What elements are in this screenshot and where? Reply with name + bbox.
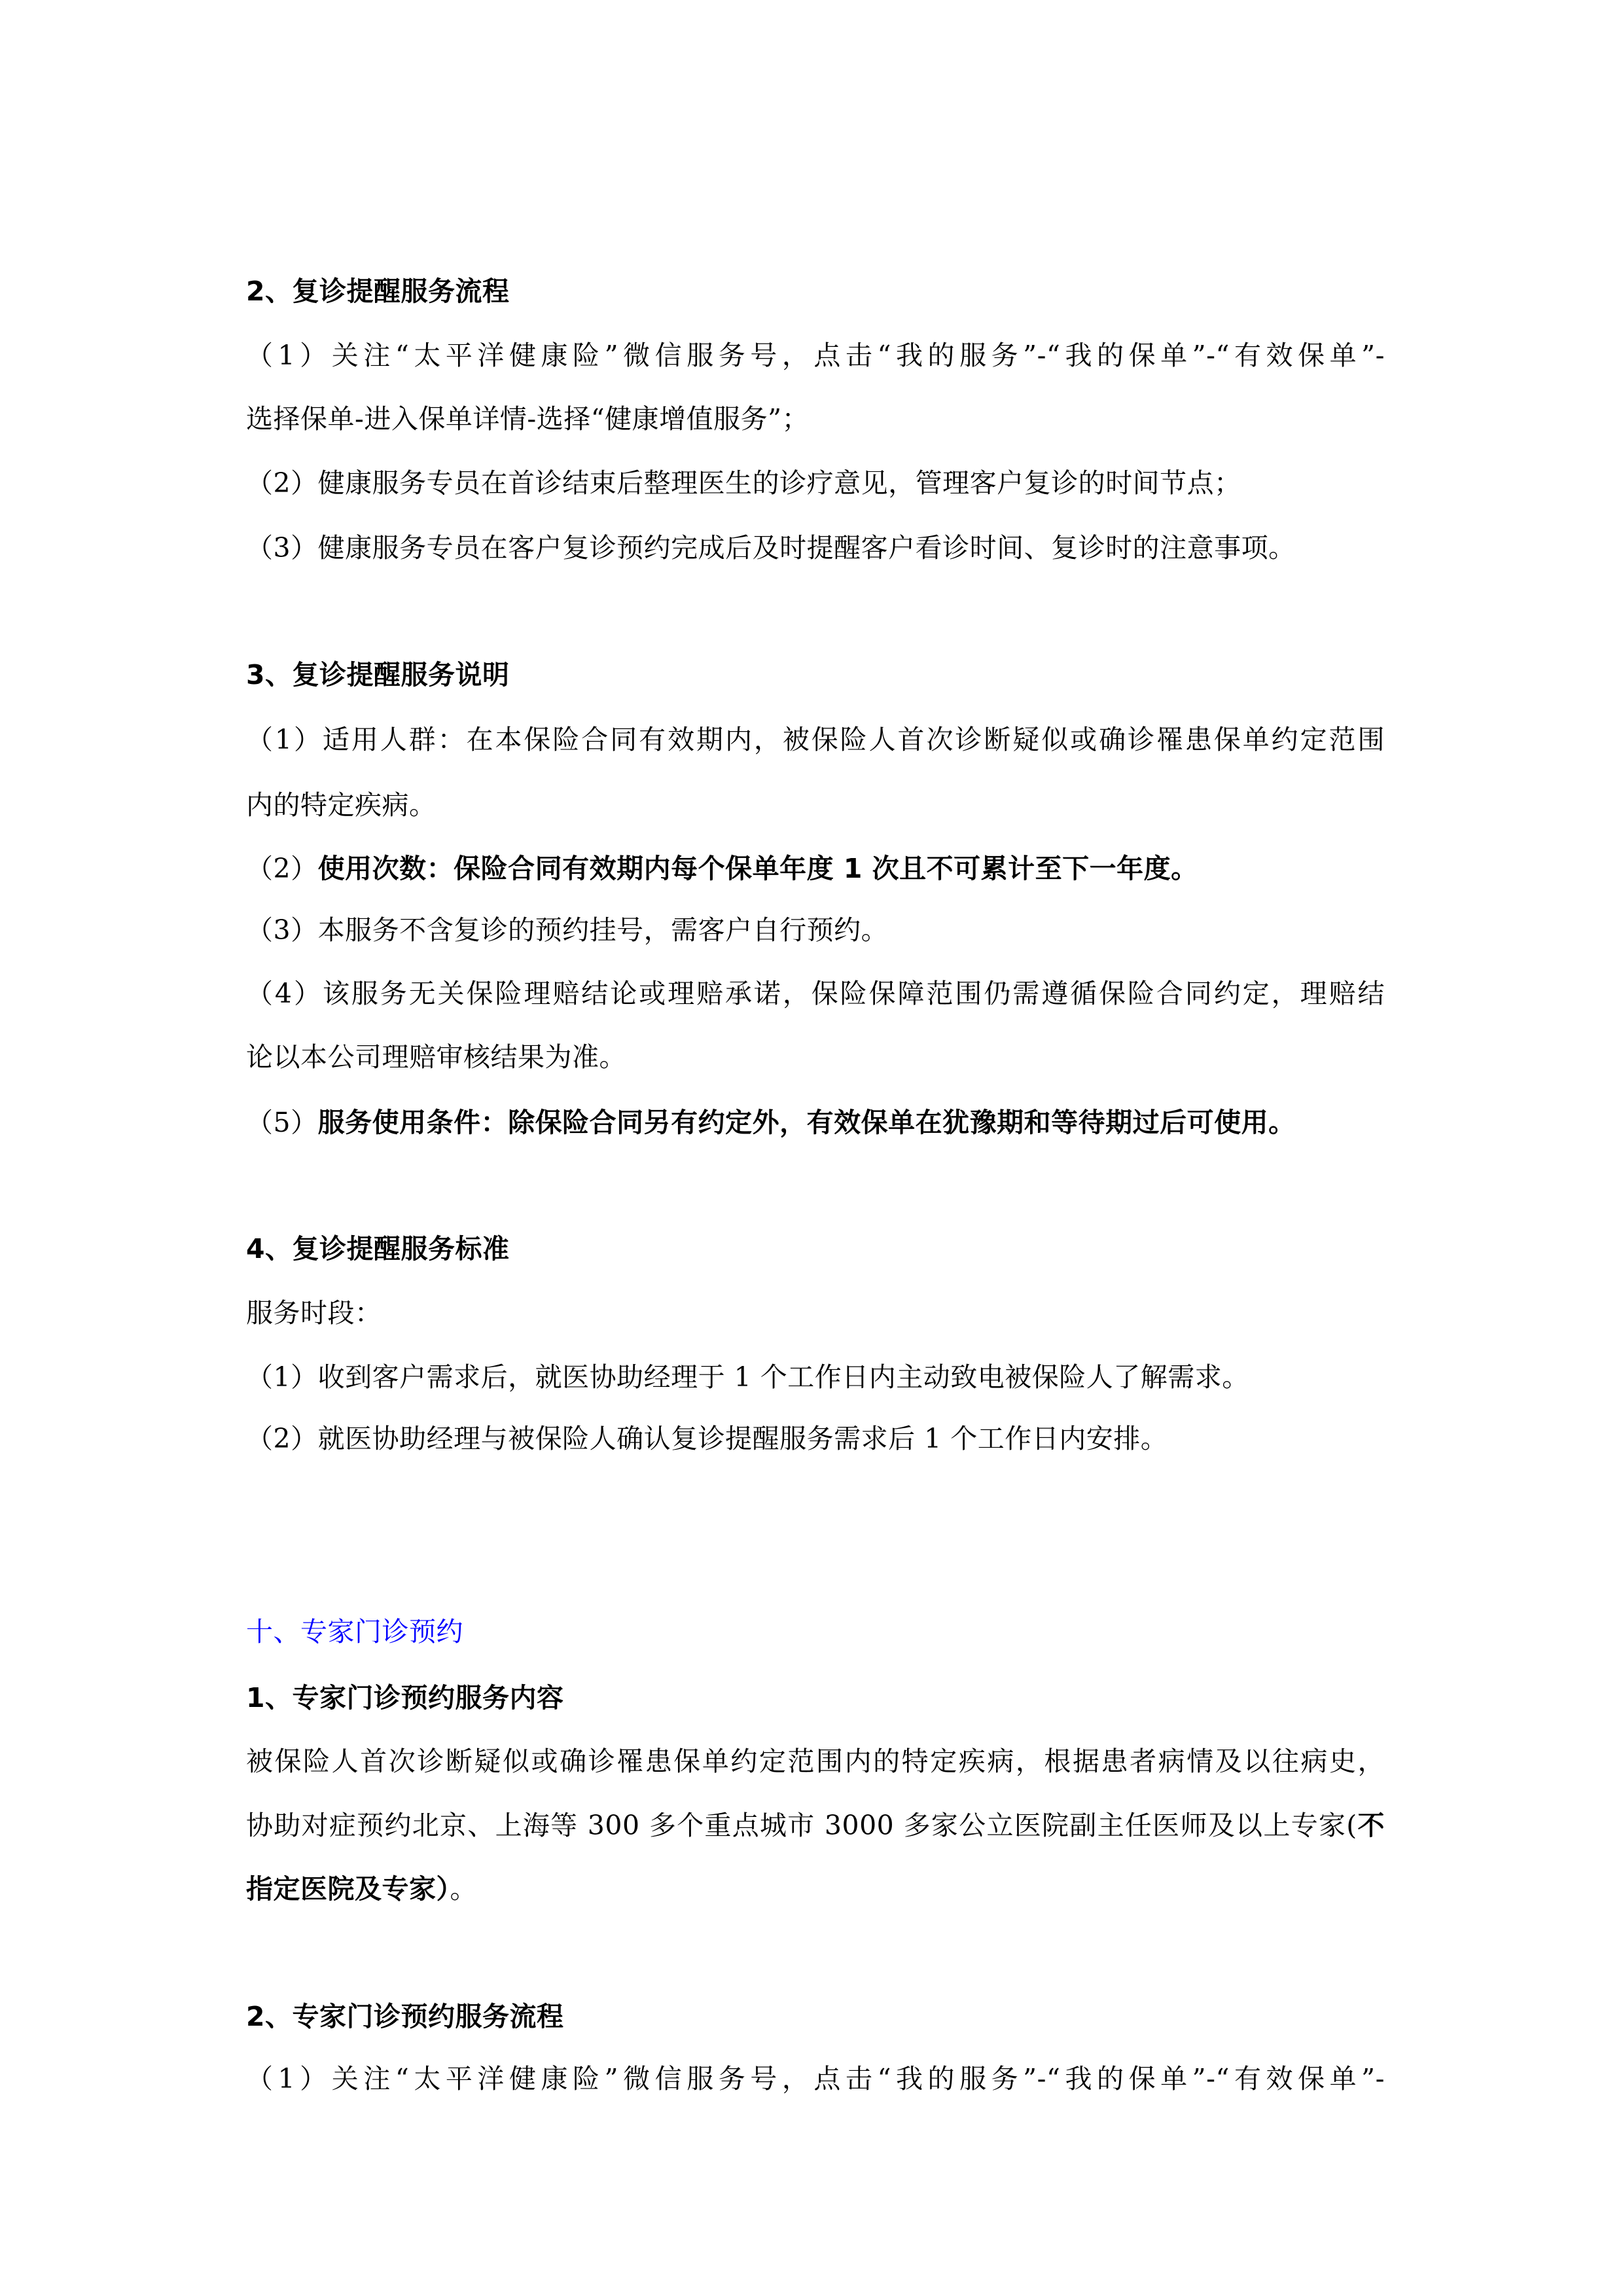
followup-notes-item5-bold-text: 服务使用条件：除保险合同另有约定外，有效保单在犹豫期和等待期过后可使用。 (318, 1107, 1296, 1138)
expert-clinic-content-line2-bold: 不 (1357, 1810, 1385, 1841)
followup-notes-item1-line1: （1）适用人群：在本保险合同有效期内，被保险人首次诊断疑似或确诊罹患保单约定范围 (246, 721, 1385, 758)
followup-process-step3: （3）健康服务专员在客户复诊预约完成后及时提醒客户看诊时间、复诊时的注意事项。 (246, 529, 1385, 566)
expert-clinic-content-line2: 协助对症预约北京、上海等 300 多个重点城市 3000 多家公立医院副主任医师… (246, 1807, 1385, 1844)
followup-process-step2: （2）健康服务专员在首诊结束后整理医生的诊疗意见，管理客户复诊的时间节点； (246, 465, 1385, 501)
expert-clinic-process-step1-line1: （1）关注“太平洋健康险”微信服务号，点击“我的服务”-“我的保单”-“有效保单… (246, 2060, 1385, 2097)
service-period-label: 服务时段： (246, 1295, 1385, 1331)
heading-followup-standard: 4、复诊提醒服务标准 (246, 1230, 1385, 1267)
followup-notes-item5: （5）服务使用条件：除保险合同另有约定外，有效保单在犹豫期和等待期过后可使用。 (246, 1104, 1385, 1141)
heading-expert-clinic-content: 1、专家门诊预约服务内容 (246, 1679, 1385, 1716)
followup-notes-item4-line1: （4）该服务无关保险理赔结论或理赔承诺，保险保障范围仍需遵循保险合同约定，理赔结 (246, 975, 1385, 1012)
expert-clinic-content-line3-end: 。 (450, 1873, 478, 1905)
followup-standard-item2: （2）就医协助经理与被保险人确认复诊提醒服务需求后 1 个工作日内安排。 (246, 1420, 1385, 1457)
section-title-expert-clinic: 十、专家门诊预约 (246, 1613, 1385, 1650)
followup-notes-item5-prefix: （5） (246, 1107, 318, 1138)
expert-clinic-content-line1: 被保险人首次诊断疑似或确诊罹患保单约定范围内的特定疾病，根据患者病情及以往病史， (246, 1743, 1385, 1780)
expert-clinic-content-line3: 指定医院及专家）。 (246, 1871, 1385, 1907)
followup-notes-item2-prefix: （2） (246, 853, 318, 884)
heading-followup-process: 2、复诊提醒服务流程 (246, 273, 1385, 310)
followup-notes-item2-bold-text: 使用次数：保险合同有效期内每个保单年度 1 次且不可累计至下一年度。 (318, 853, 1198, 884)
expert-clinic-content-line2-regular: 协助对症预约北京、上海等 300 多个重点城市 3000 多家公立医院副主任医师… (246, 1810, 1357, 1841)
followup-notes-item2: （2）使用次数：保险合同有效期内每个保单年度 1 次且不可累计至下一年度。 (246, 850, 1385, 887)
heading-expert-clinic-process: 2、专家门诊预约服务流程 (246, 1998, 1385, 2035)
heading-followup-notes: 3、复诊提醒服务说明 (246, 656, 1385, 693)
followup-process-step1-line1: （1）关注“太平洋健康险”微信服务号，点击“我的服务”-“我的保单”-“有效保单… (246, 337, 1385, 374)
followup-standard-item1: （1）收到客户需求后，就医协助经理于 1 个工作日内主动致电被保险人了解需求。 (246, 1359, 1385, 1395)
followup-process-step1-line2: 选择保单-进入保单详情-选择“健康增值服务”； (246, 401, 1385, 437)
document-page: 2、复诊提醒服务流程 （1）关注“太平洋健康险”微信服务号，点击“我的服务”-“… (0, 0, 1623, 2296)
followup-notes-item1-line2: 内的特定疾病。 (246, 787, 1385, 823)
followup-notes-item3: （3）本服务不含复诊的预约挂号，需客户自行预约。 (246, 912, 1385, 948)
followup-notes-item4-line2: 论以本公司理赔审核结果为准。 (246, 1039, 1385, 1075)
expert-clinic-content-line3-bold: 指定医院及专家） (246, 1873, 450, 1905)
